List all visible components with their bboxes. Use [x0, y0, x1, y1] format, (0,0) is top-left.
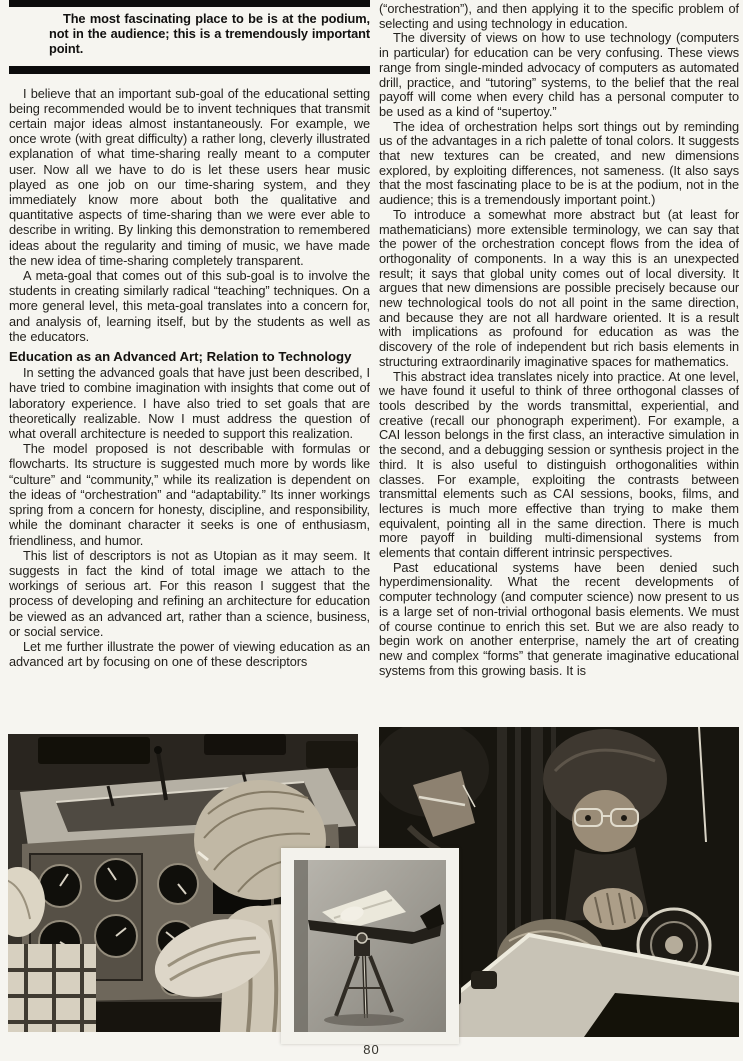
paragraph: A meta-goal that comes out of this sub-g… [9, 268, 370, 344]
paragraph: Let me further illustrate the power of v… [9, 639, 370, 669]
pull-quote-box: The most fascinating place to be is at t… [9, 0, 370, 74]
photo-model-airplane [281, 848, 459, 1044]
paragraph: This abstract idea translates nicely int… [379, 370, 739, 561]
paragraph: In setting the advanced goals that have … [9, 365, 370, 441]
pull-quote-text: The most fascinating place to be is at t… [9, 11, 370, 57]
right-column: (“orchestration”), and then applying it … [379, 0, 739, 729]
paragraph: Past educational systems have been denie… [379, 561, 739, 679]
section-heading: Education as an Advanced Art; Relation t… [9, 349, 370, 364]
paragraph: I believe that an important sub-goal of … [9, 86, 370, 268]
page-number: 80 [0, 1042, 743, 1057]
paragraph: This list of descriptors is not as Utopi… [9, 548, 370, 639]
model-airplane-illustration [294, 860, 446, 1032]
paragraph: The diversity of views on how to use tec… [379, 31, 739, 119]
magazine-page: The most fascinating place to be is at t… [0, 0, 743, 1061]
left-column: The most fascinating place to be is at t… [9, 0, 370, 736]
paragraph: To introduce a somewhat more abstract bu… [379, 208, 739, 370]
paragraph: (“orchestration”), and then applying it … [379, 2, 739, 31]
paragraph: The model proposed is not describable wi… [9, 441, 370, 547]
paragraph: The idea of orchestration helps sort thi… [379, 120, 739, 208]
